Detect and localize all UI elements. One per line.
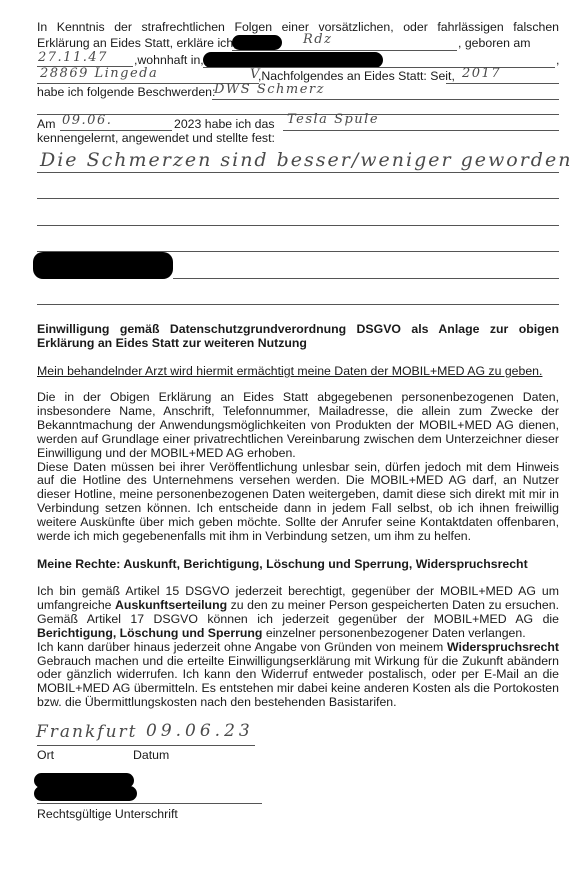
since-year-handwritten[interactable]: 2017 [462,67,501,81]
date-label: Datum [133,748,169,762]
statement-label: ,Nachfolgendes an Eides Statt: Seit, [258,69,455,83]
consent-paragraph-2-text: Diese Daten müssen bei ihrer Veröffentli… [37,461,559,544]
finding-line-6 [37,304,559,305]
complaints-label: habe ich folgende Beschwerden: [37,85,215,99]
place-handwritten[interactable]: Frankfurt [36,722,138,742]
redacted-block [33,252,173,279]
rights-p2-text-b: Gebrauch machen und die erteilte Einwill… [37,654,559,710]
complaints-line [212,99,559,100]
complaints-handwritten[interactable]: DWS Schmerz [214,83,325,97]
finding-line-5 [173,278,559,279]
finding-line-2 [37,198,559,199]
since-year-line [446,83,559,84]
year-text: 2023 habe ich das [174,117,275,131]
rights-paragraph-2: Ich kann darüber hinaus jederzeit ohne A… [37,641,559,711]
finding-line-3 [37,225,559,226]
finding-line-1 [37,172,559,173]
rights-p1-bold: Auskunftserteilung [115,598,227,612]
city-handwritten[interactable]: 28869 Lingeda [40,67,158,81]
product-line [283,130,559,131]
intro-line-1: In Kenntnis der strafrechtlichen Folgen … [37,20,559,34]
redacted-signature-2 [34,786,137,801]
consent-heading-line-1: Einwilligung gemäß Datenschutzgrundveror… [37,322,559,336]
consent-paragraph-1: Die in der Obigen Erklärung an Eides Sta… [37,391,559,544]
rights-p1-bold-2: Berichtigung, Löschung und Sperrung [37,626,262,640]
birthdate-handwritten[interactable]: 27.11.47 [38,51,108,65]
rights-heading: Meine Rechte: Auskunft, Berichtigung, Lö… [37,557,559,571]
residence-label: ,wohnhaft in, [134,53,204,67]
rights-p2-text-a: Ich kann darüber hinaus jederzeit ohne A… [37,640,447,654]
rights-p2-bold: Widerspruchsrecht [447,640,559,654]
doctor-authorization: Mein behandelnder Arzt wird hiermit ermä… [37,364,542,378]
address-comma: , [556,53,559,67]
finding-handwritten[interactable]: Die Schmerzen sind besser/weniger geword… [40,150,571,170]
rights-paragraphs: Ich bin gemäß Artikel 15 DSGVO jederzeit… [37,585,559,710]
place-line [37,745,137,746]
learned-label: kennengelernt, angewendet und stellte fe… [37,131,275,145]
rights-p1-text-c: einzelner personenbezogener Daten verlan… [262,626,525,640]
name-handwritten[interactable]: Rdz [303,33,332,47]
consent-heading-line-2: Erklärung an Eides Statt zur weiteren Nu… [37,336,559,350]
date-signed-handwritten[interactable]: 09.06.23 [146,721,254,741]
redacted-name [232,35,282,50]
place-label: Ort [37,748,54,762]
date-signed-line [137,745,255,746]
name-field-line [232,50,457,51]
consent-paragraph-1-text: Die in der Obigen Erklärung an Eides Sta… [37,391,559,461]
signature-label: Rechtsgültige Unterschrift [37,807,178,821]
born-on-label: , geboren am [458,36,530,50]
rights-paragraph-1: Ich bin gemäß Artikel 15 DSGVO jederzeit… [37,585,559,641]
intro-line-2-label: Erklärung an Eides Statt, erkläre ich, [37,36,237,50]
am-label: Am [37,117,55,131]
date-handwritten[interactable]: 09.06. [62,114,112,128]
redacted-address [203,52,383,68]
product-handwritten[interactable]: Tesla Spule [287,113,379,127]
signature-line [37,803,262,804]
